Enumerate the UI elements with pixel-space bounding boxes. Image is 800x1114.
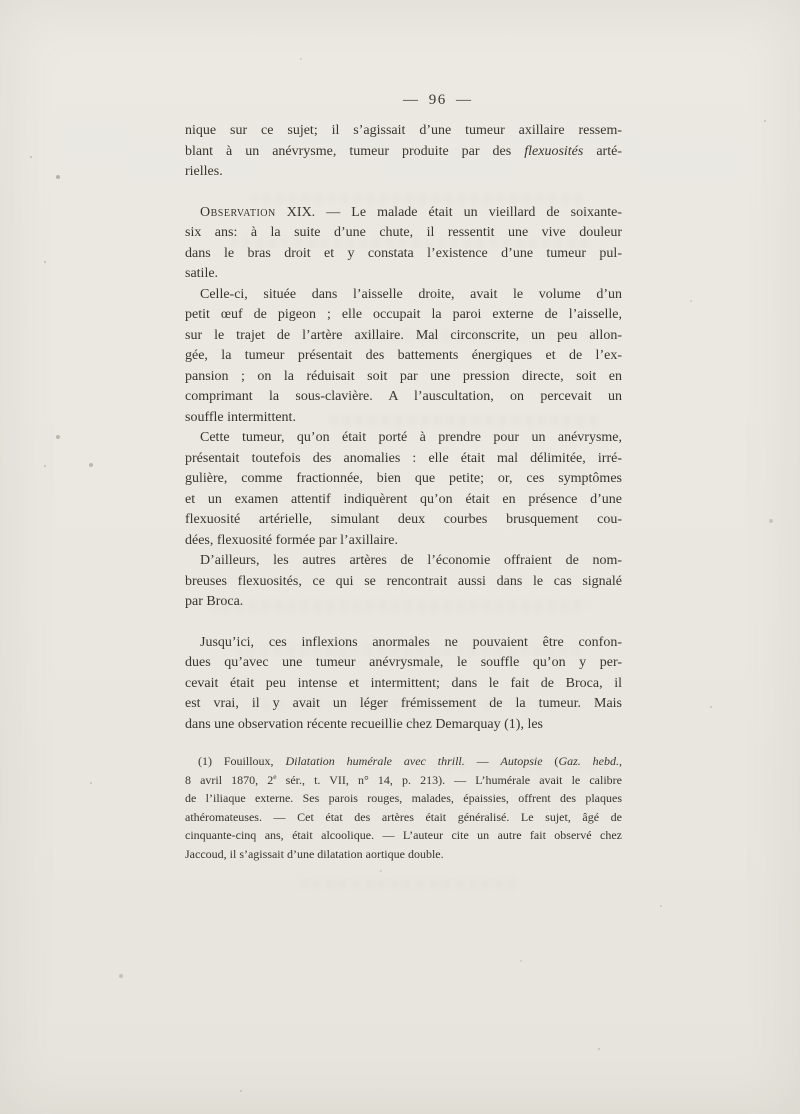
text-run: Autopsie: [501, 754, 543, 768]
tumor-description-paragraph: Celle-ci, située dans l’aisselle droite,…: [185, 285, 622, 429]
text-line: gée, la tumeur présentait des battements…: [185, 346, 622, 367]
text-run: 8 avril 1870, 2: [185, 773, 273, 787]
text-line: satile.: [185, 264, 622, 285]
text-run: athéromateuses. — Cet état des artères é…: [185, 810, 622, 824]
text-line: pansion ; on la réduisait soit par une p…: [185, 367, 622, 388]
text-line: Jaccoud, il s’agissait d’une dilatation …: [185, 845, 622, 864]
text-line: de l’iliaque externe. Ses parois rouges,…: [185, 789, 622, 808]
text-run: Observation: [200, 205, 276, 220]
text-run: Jusqu’ici, ces inflexions anormales ne p…: [200, 635, 622, 650]
text-line: gulière, comme fractionnée, bien que pet…: [185, 469, 622, 490]
discussion-paragraph: Jusqu’ici, ces inflexions anormales ne p…: [185, 633, 622, 736]
text-line: par Broca.: [185, 592, 622, 613]
text-run: Cette tumeur, qu’on était porté à prendr…: [200, 430, 622, 445]
page-number: — 96 —: [403, 92, 473, 109]
opening-paragraph: nique sur ce sujet; il s’agissait d’une …: [185, 121, 622, 183]
text-line: Jusqu’ici, ces inflexions anormales ne p…: [185, 633, 622, 654]
text-line: et un examen attentif indiquèrent qu’on …: [185, 490, 622, 511]
text-line: Cette tumeur, qu’on était porté à prendr…: [185, 428, 622, 449]
text-line: breuses flexuosités, ce qui se rencontra…: [185, 572, 622, 593]
text-run: dées, flexuosité formée par l’axillaire.: [185, 533, 398, 548]
text-run: présentait toutefois des anomalies : ell…: [185, 451, 622, 466]
text-run: dans une observation récente recueillie …: [185, 717, 543, 732]
text-run: —: [465, 754, 501, 768]
text-run: Celle-ci, située dans l’aisselle droite,…: [200, 287, 622, 302]
text-run: dans le bras droit et y constata l’exist…: [185, 246, 622, 261]
text-run: Gaz. hebd.: [558, 754, 619, 768]
text-run: dues qu’avec une tumeur anévrysmale, le …: [185, 655, 622, 670]
text-line: dues qu’avec une tumeur anévrysmale, le …: [185, 653, 622, 674]
text-run: gulière, comme fractionnée, bien que pet…: [185, 471, 622, 486]
text-run: cevait était peu intense et intermittent…: [185, 676, 622, 691]
text-line: Observation XIX. — Le malade était un vi…: [185, 203, 622, 224]
text-line: comprimant la sous-clavière. A l’auscult…: [185, 387, 622, 408]
text-run: Jaccoud, il s’agissait d’une dilatation …: [185, 847, 444, 861]
text-line: est vrai, il y avait un léger frémisseme…: [185, 694, 622, 715]
text-run: rielles.: [185, 164, 223, 179]
text-run: flexuosité artérielle, simulant deux cou…: [185, 512, 622, 527]
text-line: six ans: à la suite d’une chute, il ress…: [185, 223, 622, 244]
text-line: D’ailleurs, les autres artères de l’écon…: [185, 551, 622, 572]
text-line: rielles.: [185, 162, 622, 183]
text-run: (1) Fouilloux,: [198, 754, 285, 768]
text-run: sur le trajet de l’artère axillaire. Mal…: [185, 328, 622, 343]
text-run: flexuosités: [524, 144, 583, 159]
footnote: (1) Fouilloux, Dilatation humérale avec …: [185, 752, 622, 863]
anomalies-paragraph: Cette tumeur, qu’on était porté à prendr…: [185, 428, 622, 551]
text-run: ,: [619, 754, 622, 768]
text-line: souffle intermittent.: [185, 408, 622, 429]
text-run: satile.: [185, 266, 218, 281]
text-run: petit œuf de pigeon ; elle occupait la p…: [185, 307, 622, 322]
text-run: XIX. — Le malade était un vieillard de s…: [276, 205, 622, 220]
paper-specks: [0, 0, 2, 2]
observation-xix-paragraph: Observation XIX. — Le malade était un vi…: [185, 203, 622, 285]
text-line: cinquante-cinq ans, était alcoolique. — …: [185, 826, 622, 845]
text-line: dées, flexuosité formée par l’axillaire.: [185, 531, 622, 552]
text-line: (1) Fouilloux, Dilatation humérale avec …: [185, 752, 622, 771]
text-run: gée, la tumeur présentait des battements…: [185, 348, 622, 363]
text-run: blant à un anévrysme, tumeur produite pa…: [185, 144, 524, 159]
text-line: 8 avril 1870, 2e sér., t. VII, n° 14, p.…: [185, 771, 622, 790]
text-line: dans une observation récente recueillie …: [185, 715, 622, 736]
text-run: (: [543, 754, 559, 768]
verso-showthrough: [300, 880, 520, 889]
text-run: souffle intermittent.: [185, 410, 296, 425]
text-run: nique sur ce sujet; il s’agissait d’une …: [185, 123, 622, 138]
text-line: athéromateuses. — Cet état des artères é…: [185, 808, 622, 827]
text-line: cevait était peu intense et intermittent…: [185, 674, 622, 695]
text-line: blant à un anévrysme, tumeur produite pa…: [185, 142, 622, 163]
text-run: cinquante-cinq ans, était alcoolique. — …: [185, 828, 622, 842]
text-run: breuses flexuosités, ce qui se rencontra…: [185, 574, 622, 589]
text-run: comprimant la sous-clavière. A l’auscult…: [185, 389, 622, 404]
text-run: pansion ; on la réduisait soit par une p…: [185, 369, 622, 384]
text-run: est vrai, il y avait un léger frémisseme…: [185, 696, 622, 711]
text-line: petit œuf de pigeon ; elle occupait la p…: [185, 305, 622, 326]
text-run: Dilatation humérale avec thrill.: [285, 754, 464, 768]
text-run: six ans: à la suite d’une chute, il ress…: [185, 225, 622, 240]
other-arteries-paragraph: D’ailleurs, les autres artères de l’écon…: [185, 551, 622, 613]
text-line: dans le bras droit et y constata l’exist…: [185, 244, 622, 265]
text-line: flexuosité artérielle, simulant deux cou…: [185, 510, 622, 531]
text-run: arté-: [583, 144, 622, 159]
text-run: par Broca.: [185, 594, 243, 609]
book-page: — 96 — nique sur ce sujet; il s’agissait…: [0, 0, 800, 1114]
text-line: présentait toutefois des anomalies : ell…: [185, 449, 622, 470]
text-run: D’ailleurs, les autres artères de l’écon…: [200, 553, 622, 568]
text-block: nique sur ce sujet; il s’agissait d’une …: [185, 121, 622, 863]
text-run: sér., t. VII, n° 14, p. 213). — L’huméra…: [277, 773, 622, 787]
text-line: nique sur ce sujet; il s’agissait d’une …: [185, 121, 622, 142]
text-line: Celle-ci, située dans l’aisselle droite,…: [185, 285, 622, 306]
text-run: et un examen attentif indiquèrent qu’on …: [185, 492, 622, 507]
text-line: sur le trajet de l’artère axillaire. Mal…: [185, 326, 622, 347]
text-run: de l’iliaque externe. Ses parois rouges,…: [185, 791, 622, 805]
